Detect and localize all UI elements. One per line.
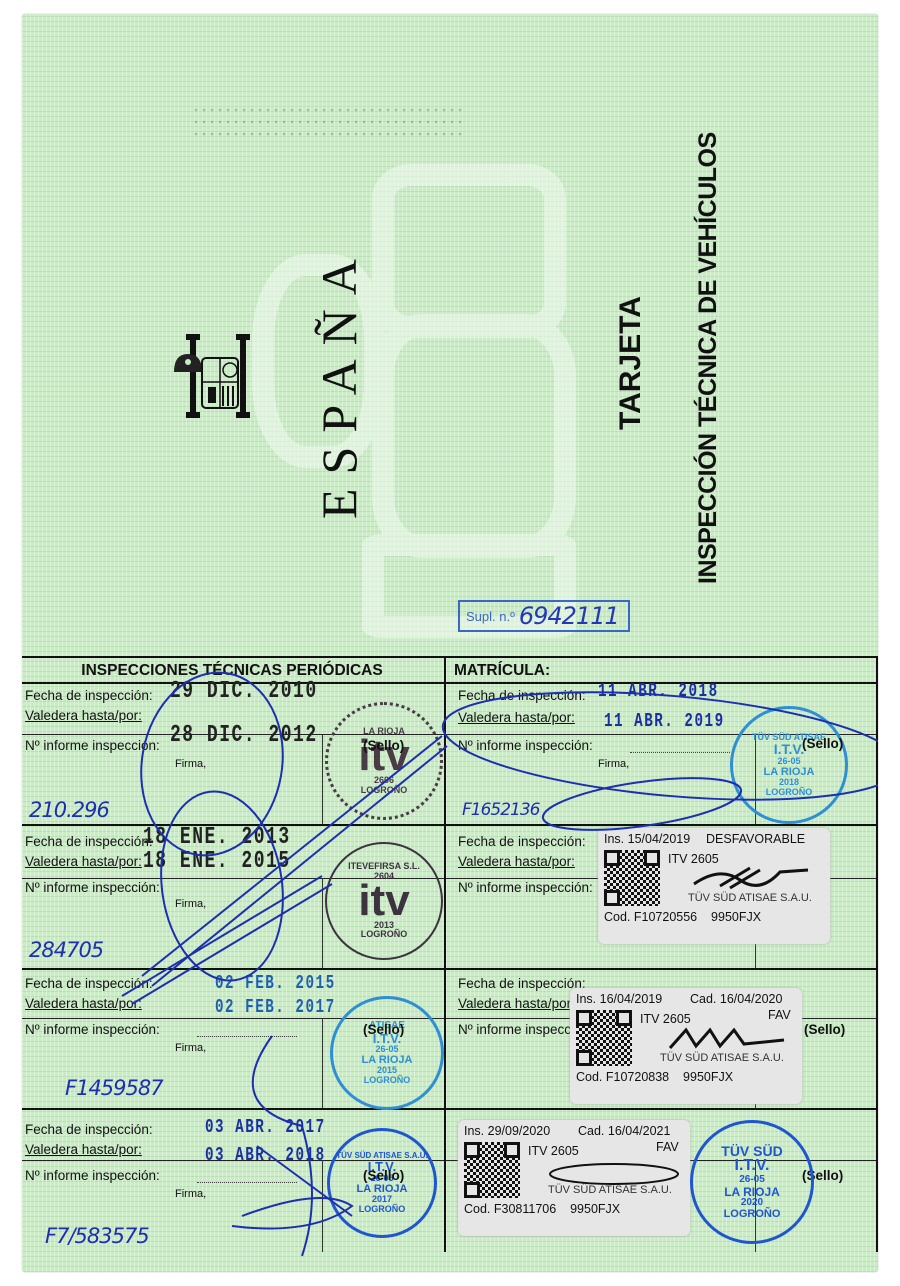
handwritten-signatures-overlay <box>22 656 878 1262</box>
spanish-coat-of-arms-icon <box>170 332 258 422</box>
inspection-table: INSPECCIONES TÉCNICAS PERIÓDICAS MATRÍCU… <box>22 656 878 1262</box>
faded-print-dots <box>192 104 462 144</box>
coat-of-arms-watermark <box>252 144 582 624</box>
card-title: INSPECCIÓN TÉCNICA DE VEHÍCULOS <box>694 132 723 584</box>
supplement-number-box: Supl. n.º 6942111 <box>458 600 630 632</box>
card-word: TARJETA <box>614 296 648 430</box>
supplement-number: 6942111 <box>519 602 619 630</box>
country-name: ESPAÑA <box>310 245 368 519</box>
supplement-label: Supl. n.º <box>466 609 515 624</box>
